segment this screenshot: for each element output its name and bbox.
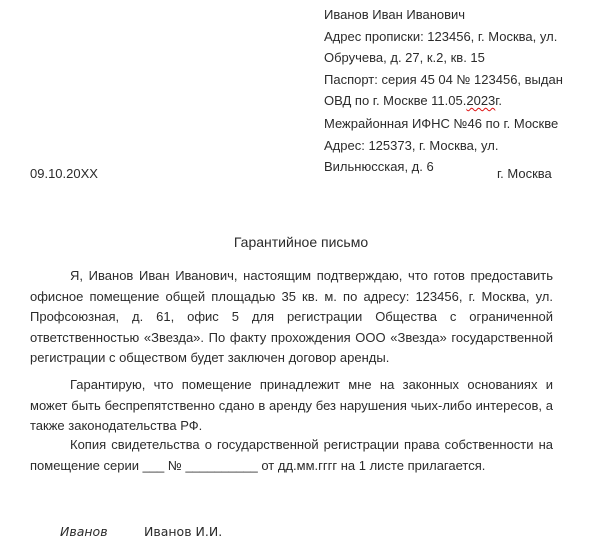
sender-block: Иванов Иван Иванович Адрес прописки: 123… (324, 4, 563, 112)
document-title: Гарантийное письмо (0, 234, 602, 250)
sender-passport-issued: ОВД по г. Москве 11.05.2023г. (324, 90, 563, 112)
paragraph-attachment: Копия свидетельства о государственной ре… (30, 435, 553, 476)
handwritten-signature: Иванов (60, 524, 108, 539)
year-suffix: г. (495, 93, 502, 108)
sender-passport: Паспорт: серия 45 04 № 123456, выдан (324, 69, 563, 91)
sender-name: Иванов Иван Иванович (324, 4, 563, 26)
issued-by: ОВД по г. Москве 11.05. (324, 93, 466, 108)
signature-name: Иванов И.И. (144, 524, 222, 539)
spellcheck-flagged-year[interactable]: 2023 (466, 93, 495, 108)
sender-address-line-2: Обручева, д. 27, к.2, кв. 15 (324, 47, 563, 69)
sender-address-line-1: Адрес прописки: 123456, г. Москва, ул. (324, 26, 563, 48)
recipient-name: Межрайонная ИФНС №46 по г. Москве (324, 113, 558, 135)
recipient-address-line-1: Адрес: 125373, г. Москва, ул. (324, 135, 558, 157)
paragraph-guarantee: Я, Иванов Иван Иванович, настоящим подтв… (30, 266, 553, 369)
document-city: г. Москва (497, 166, 552, 181)
paragraph-ownership: Гарантирую, что помещение принадлежит мн… (30, 375, 553, 437)
document-date: 09.10.20XX (30, 166, 98, 181)
